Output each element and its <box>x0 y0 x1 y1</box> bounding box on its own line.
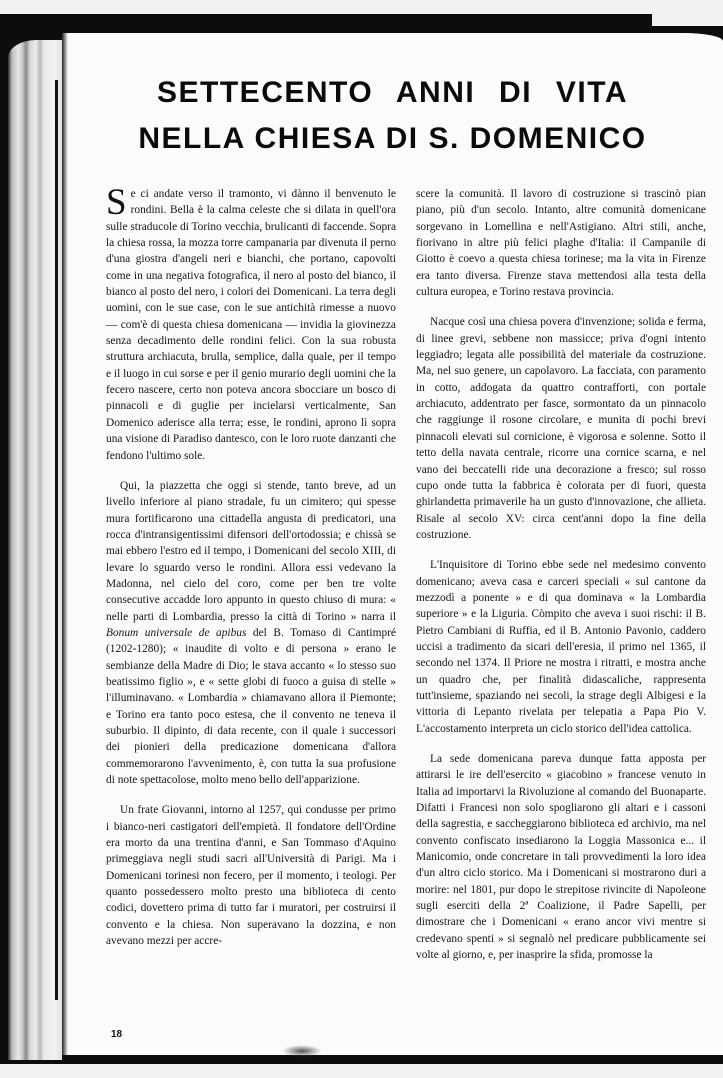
magazine-page: SETTECENTO ANNI DI VITA NELLA CHIESA DI … <box>62 33 723 1055</box>
paragraph: scere la comunità. Il lavoro di costruzi… <box>416 186 706 300</box>
article-title: SETTECENTO ANNI DI VITA NELLA CHIESA DI … <box>62 73 723 159</box>
page-stack-edges <box>8 40 62 1060</box>
spine-shadow <box>62 33 68 1055</box>
paragraph: L'Inquisitore di Torino ebbe sede nel me… <box>416 557 706 737</box>
paragraph: Qui, la piazzetta che oggi si stende, ta… <box>106 478 396 789</box>
left-column: Se ci andate verso il tramonto, vi dànno… <box>106 186 396 963</box>
paragraph: Un frate Giovanni, intorno al 1257, qui … <box>106 802 396 949</box>
paragraph-text: scere la comunità. Il lavoro di costruzi… <box>416 188 706 298</box>
drop-cap: S <box>106 188 127 218</box>
scan-smudge <box>282 1045 322 1057</box>
paragraph: Nacque così una chiesa povera d'invenzio… <box>416 314 706 543</box>
paragraph-text: La sede domenicana pareva dunque fatta a… <box>416 753 706 961</box>
right-column: scere la comunità. Il lavoro di costruzi… <box>416 186 706 977</box>
paragraph-text: Qui, la piazzetta che oggi si stende, ta… <box>106 480 396 623</box>
binding-rule <box>55 80 58 1000</box>
title-line-2: NELLA CHIESA DI S. DOMENICO <box>62 119 723 159</box>
paragraph: La sede domenicana pareva dunque fatta a… <box>416 751 706 963</box>
paragraph-text: e ci andate verso il tramonto, vi dànno … <box>106 188 396 462</box>
paragraph-text: del B. Tomaso di Cantimpré (1202-1280); … <box>106 627 396 786</box>
paragraph-text: L'Inquisitore di Torino ebbe sede nel me… <box>416 559 706 734</box>
scan-edge <box>652 14 723 26</box>
paragraph-text: Un frate Giovanni, intorno al 1257, qui … <box>106 804 396 947</box>
page-number: 18 <box>111 1029 122 1040</box>
book-title: Bonum universale de apibus <box>106 627 246 639</box>
paragraph: Se ci andate verso il tramonto, vi dànno… <box>106 186 396 464</box>
title-line-1: SETTECENTO ANNI DI VITA <box>62 73 723 113</box>
paragraph-text: Nacque così una chiesa povera d'invenzio… <box>416 316 706 540</box>
